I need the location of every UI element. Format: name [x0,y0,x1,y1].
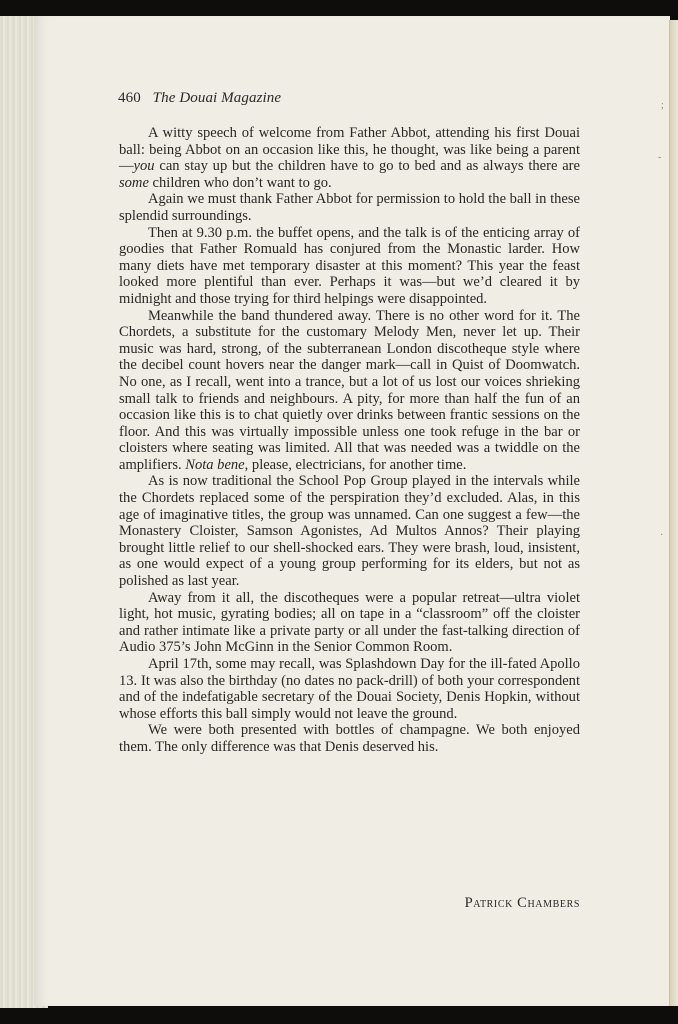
paragraph: As is now traditional the School Pop Gro… [119,473,580,589]
author-byline: Patrick Chambers [119,895,580,912]
facing-page-edge [669,20,678,1006]
page-number: 460 [118,90,141,106]
paragraph: Meanwhile the band thundered away. There… [119,308,580,474]
paragraph: Again we must thank Father Abbot for per… [119,191,580,224]
paragraph: We were both presented with bottles of c… [119,722,580,755]
margin-mark: ; [661,100,664,111]
paragraph: A witty speech of welcome from Father Ab… [119,125,580,191]
italic-emphasis: Nota bene [185,457,244,473]
paragraph: Then at 9.30 p.m. the buffet opens, and … [119,225,580,308]
italic-emphasis: some [119,175,149,191]
running-head: 460 The Douai Magazine [118,90,281,107]
article-body: A witty speech of welcome from Father Ab… [119,125,580,756]
paragraph: Away from it all, the discotheques were … [119,590,580,656]
italic-emphasis: you [134,158,155,174]
publication-title: The Douai Magazine [153,90,281,106]
paragraph: April 17th, some may recall, was Splashd… [119,656,580,722]
margin-mark: · [660,530,663,541]
margin-mark: - [658,152,661,163]
